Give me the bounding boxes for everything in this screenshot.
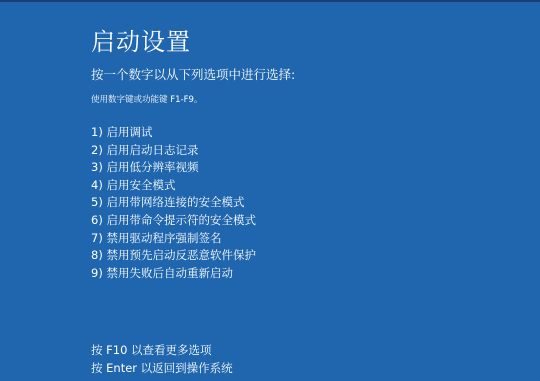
instruction-text: 按一个数字以从下列选项中进行选择: bbox=[91, 67, 295, 83]
option-enable-low-resolution-video[interactable]: 3) 启用低分辨率视频 bbox=[91, 159, 256, 177]
key-hint-text: 使用数字键或功能键 F1-F9。 bbox=[91, 94, 202, 106]
option-enable-debugging[interactable]: 1) 启用调试 bbox=[91, 124, 256, 142]
option-disable-driver-signature-enforcement[interactable]: 7) 禁用驱动程序强制签名 bbox=[91, 230, 256, 248]
option-enable-safe-mode-command-prompt[interactable]: 6) 启用带命令提示符的安全模式 bbox=[91, 212, 256, 230]
return-to-os-action[interactable]: 按 Enter 以返回到操作系统 bbox=[91, 360, 233, 378]
more-options-action[interactable]: 按 F10 以查看更多选项 bbox=[91, 342, 233, 360]
startup-options-list: 1) 启用调试 2) 启用启动日志记录 3) 启用低分辨率视频 4) 启用安全模… bbox=[91, 124, 256, 282]
option-enable-safe-mode[interactable]: 4) 启用安全模式 bbox=[91, 177, 256, 195]
option-enable-boot-logging[interactable]: 2) 启用启动日志记录 bbox=[91, 142, 256, 160]
option-disable-auto-restart-after-failure[interactable]: 9) 禁用失败后自动重新启动 bbox=[91, 265, 256, 283]
page-title: 启动设置 bbox=[91, 26, 191, 58]
option-enable-safe-mode-networking[interactable]: 5) 启用带网络连接的安全模式 bbox=[91, 194, 256, 212]
footer-actions: 按 F10 以查看更多选项 按 Enter 以返回到操作系统 bbox=[91, 342, 233, 377]
option-disable-early-launch-antimalware[interactable]: 8) 禁用预先启动反恶意软件保护 bbox=[91, 247, 256, 265]
top-edge-strip bbox=[0, 0, 540, 2]
